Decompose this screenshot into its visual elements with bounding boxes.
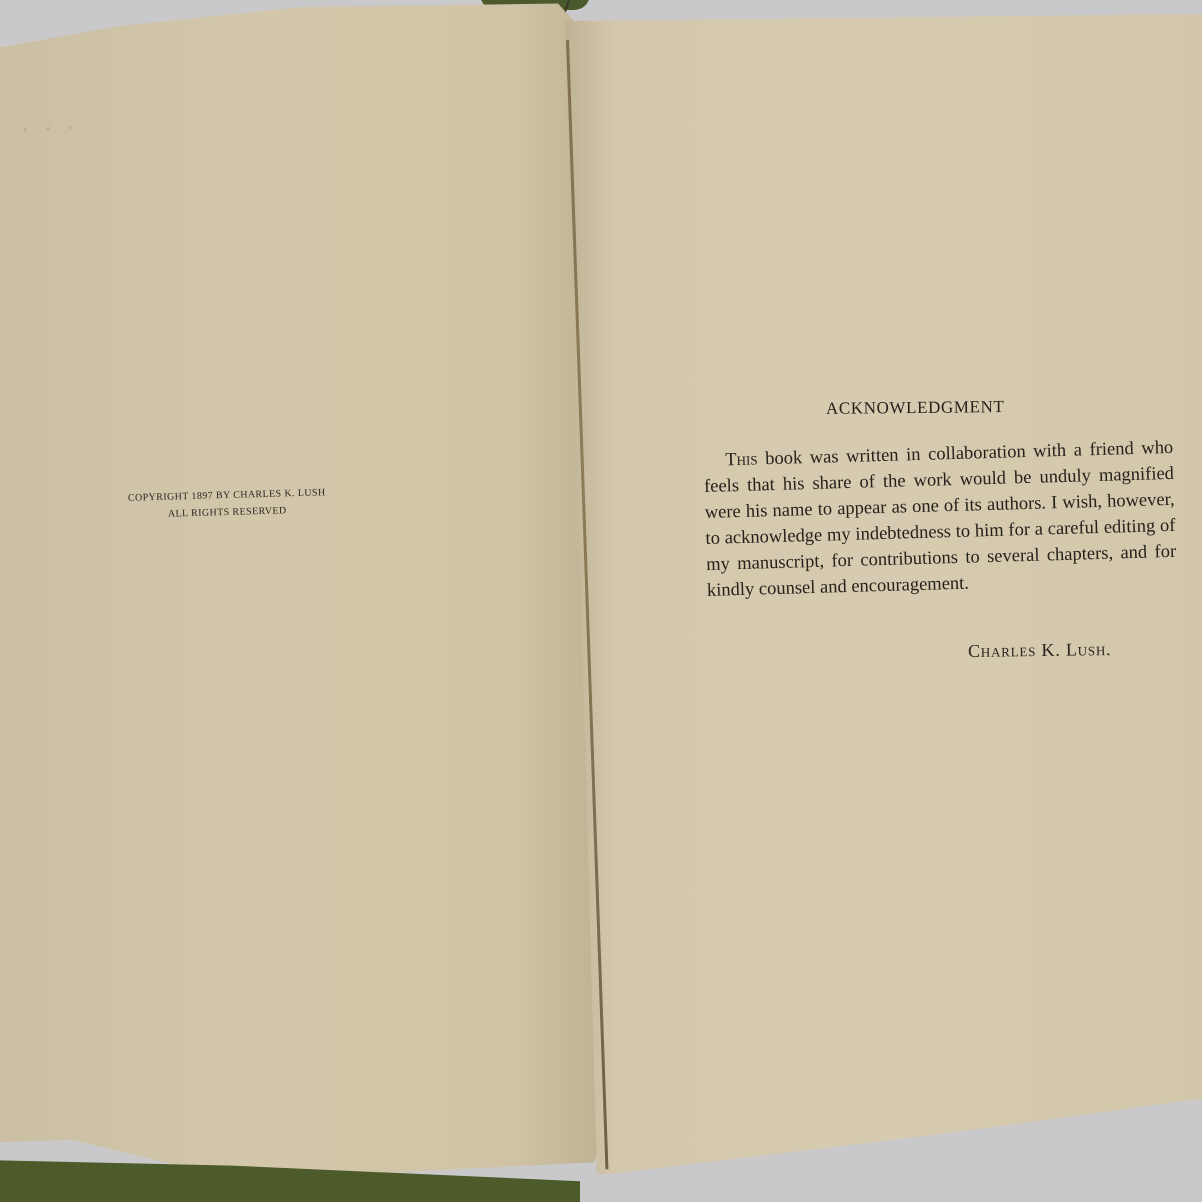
acknowledgment-heading: ACKNOWLEDGMENT: [826, 397, 1005, 419]
body-first-word: This: [725, 449, 758, 470]
show-through-text: · · ·: [19, 109, 79, 149]
acknowledgment-body: This book was written in collaboration w…: [703, 435, 1177, 604]
book-photo: · · · Copyright 1897 by Charles K. Lush …: [0, 0, 1202, 1202]
body-text: book was written in collaboration with a…: [704, 438, 1177, 601]
left-page: · · · Copyright 1897 by Charles K. Lush …: [0, 0, 600, 1180]
copyright-notice: Copyright 1897 by Charles K. Lush All Ri…: [112, 484, 343, 524]
author-signature: Charles K. Lush.: [968, 639, 1112, 662]
